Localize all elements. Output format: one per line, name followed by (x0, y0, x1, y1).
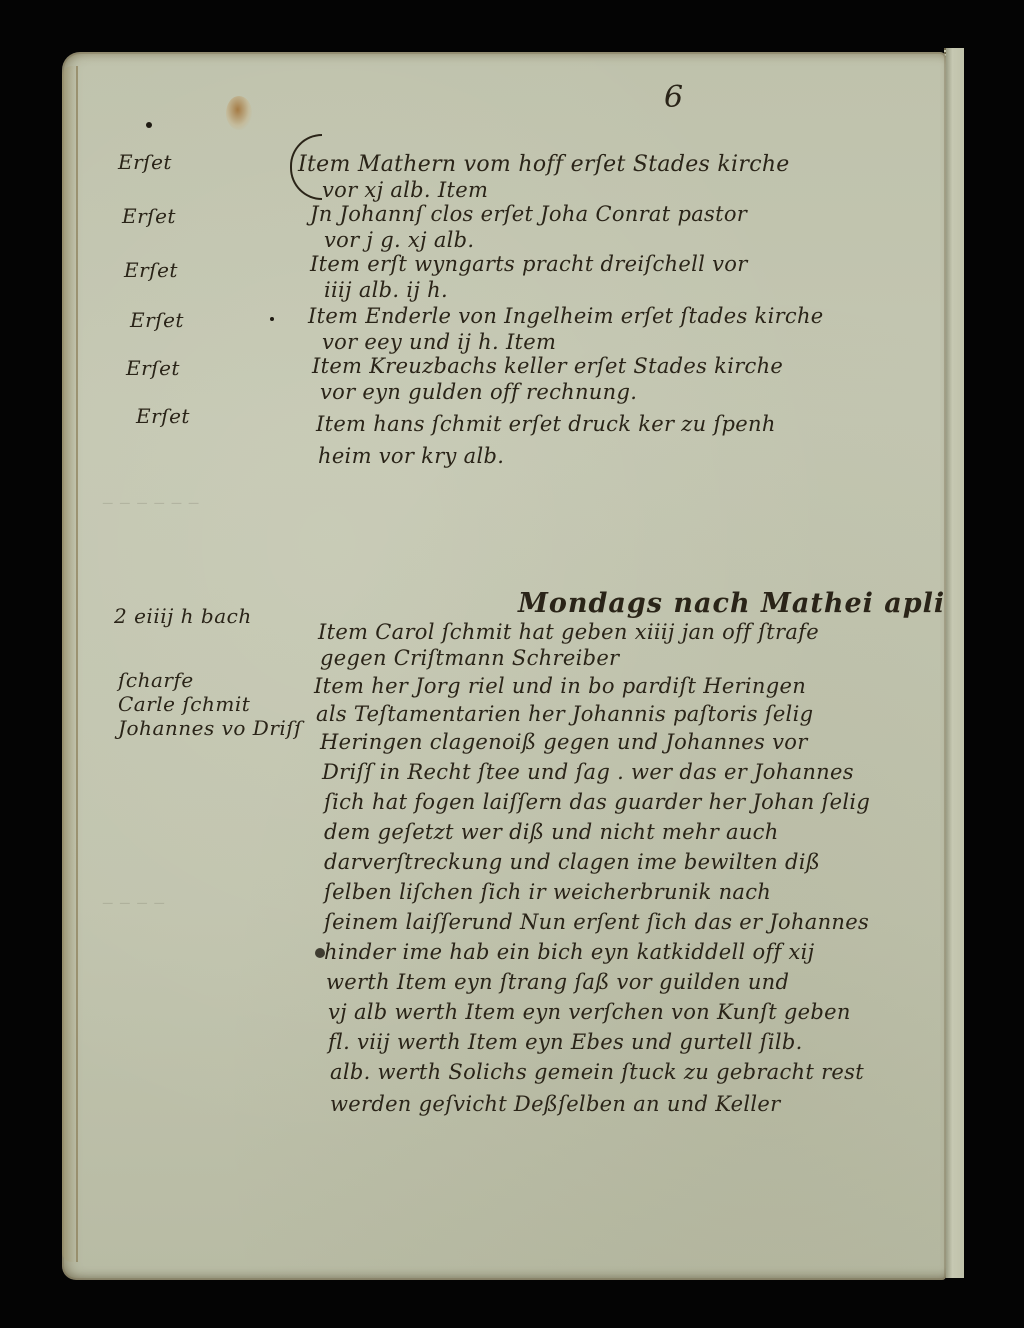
body-line: ſeinem laiſſerund Nun erſent ſich das er… (324, 910, 869, 934)
body-line: dem geſetzt wer diß und nicht mehr auch (324, 820, 779, 844)
body-line: vj alb werth Item eyn verſchen von Kunſt… (328, 1000, 851, 1024)
body-line: ſelben liſchen ſich ir weicherbrunik nac… (324, 880, 771, 904)
body-line: werth Item eyn ſtrang ſaß vor guilden un… (326, 970, 789, 994)
body-line: Heringen clagenoiß gegen und Johannes vo… (320, 730, 808, 754)
entry-line: Item erſt wyngarts pracht dreiſchell vor (310, 252, 748, 276)
facing-page-edge (944, 48, 964, 1278)
entry-line: Item Mathern vom hoff erſet Stades kirch… (298, 152, 790, 177)
entry-line: iiij alb. ij h. (324, 278, 448, 302)
margin-note: Erſet (124, 258, 178, 282)
page-number: 6 (664, 80, 683, 115)
entry-line: Jn Johannſ clos erſet Joha Conrat pastor (310, 202, 747, 226)
entry-line: Item Enderle von Ingelheim erſet ſtades … (308, 304, 824, 328)
entry-line: heim vor kry alb. (318, 444, 504, 468)
body-line: ſich hat fogen laiſſern das guarder her … (324, 790, 870, 814)
show-through-text: ‒ ‒ ‒ ‒ ‒ ‒ (102, 492, 199, 513)
entry-line: Item Kreuzbachs keller erſet Stades kirc… (312, 354, 783, 378)
margin-note: 2 eiiij h bach (114, 604, 252, 628)
body-line: Item her Jorg riel und in bo pardiſt Her… (314, 674, 806, 698)
margin-note: Erſet (130, 308, 184, 332)
entry-line: Item hans ſchmit erſet druck ker zu ſpen… (316, 412, 776, 436)
body-line: Item Carol ſchmit hat geben xiiij jan of… (318, 620, 819, 644)
manuscript-page: ‒ ‒ ‒ ‒ ‒ ‒ ‒ ‒ ‒ ‒ 6 Erſet Erſet Erſet … (62, 52, 946, 1280)
section-heading: Mondags nach Mathei apli (518, 588, 945, 619)
margin-note: Erſet (118, 150, 172, 174)
body-line: alb. werth Solichs gemein ſtuck zu gebra… (330, 1060, 864, 1084)
body-line: hinder ime hab ein bich eyn katkiddell o… (324, 940, 814, 964)
entry-line: vor eey und ij h. Item (322, 330, 556, 354)
entry-line: vor j g. xj alb. (324, 228, 474, 252)
page-left-edge (62, 66, 78, 1262)
body-line: fl. viij werth Item eyn Ebes und gurtell… (328, 1030, 803, 1054)
ink-stain (226, 96, 252, 130)
margin-note: Johannes vo Driſſ (118, 716, 302, 740)
body-line: werden geſvicht Deßſelben an und Keller (330, 1092, 780, 1116)
margin-note: Carle ſchmit (118, 692, 250, 716)
margin-note: ſcharfe (118, 668, 194, 692)
body-line: gegen Criſtmann Schreiber (320, 646, 619, 670)
ink-dot (146, 122, 152, 128)
body-line: darverſtreckung und clagen ime bewilten … (324, 850, 820, 874)
body-line: als Teſtamentarien her Johannis paſtoris… (316, 702, 813, 726)
entry-line: vor eyn gulden off rechnung. (320, 380, 637, 404)
entry-line: vor xj alb. Item (322, 178, 488, 202)
body-line: Driſſ in Recht ſtee und ſag . wer das er… (322, 760, 854, 784)
show-through-text: ‒ ‒ ‒ ‒ (102, 892, 165, 913)
margin-note: Erſet (126, 356, 180, 380)
margin-note: Erſet (136, 404, 190, 428)
margin-note: Erſet (122, 204, 176, 228)
ink-dot (270, 317, 274, 321)
scan-viewport: ‒ ‒ ‒ ‒ ‒ ‒ ‒ ‒ ‒ ‒ 6 Erſet Erſet Erſet … (0, 0, 1024, 1328)
